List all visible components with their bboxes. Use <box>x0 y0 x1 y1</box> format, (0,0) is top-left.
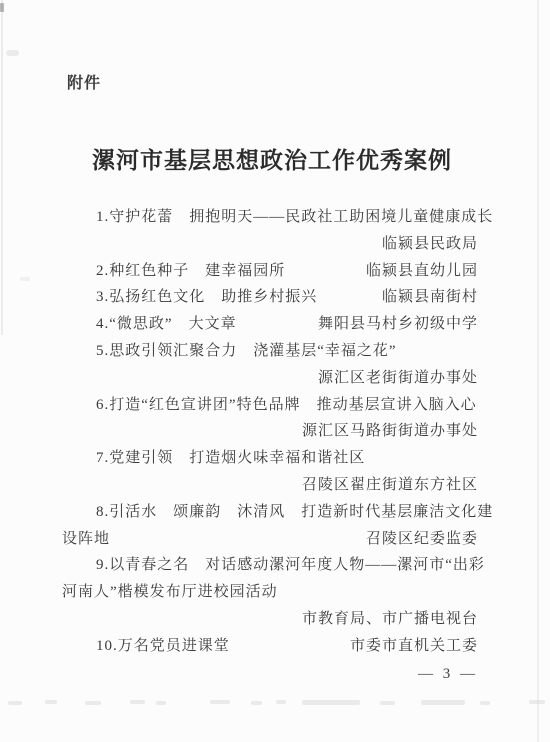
scan-smudge <box>276 700 286 704</box>
case-list: 1.守护花蕾 拥抱明天——民政社工助困境儿童健康成长临颍县民政局2.种红色种子 … <box>62 204 478 660</box>
case-line: 10.万名党员进课堂市委市直机关工委 <box>62 633 478 660</box>
case-organization-text: 市委市直机关工委 <box>350 633 478 660</box>
case-line: 临颍县民政局 <box>62 231 478 258</box>
case-line: 召陵区翟庄街道东方社区 <box>62 472 478 499</box>
scan-smudge <box>156 701 166 705</box>
scan-smudge <box>380 701 395 705</box>
case-line: 3.弘扬红色文化 助推乡村振兴临颍县南街村 <box>62 284 478 311</box>
page-title: 漯河市基层思想政治工作优秀案例 <box>62 142 482 175</box>
case-organization-text: 召陵区纪委监委 <box>366 526 478 553</box>
case-title-text: 4.“微思政” 大文章 <box>62 311 237 338</box>
case-line: 设阵地召陵区纪委监委 <box>62 526 478 553</box>
scan-edge-line <box>537 0 539 742</box>
case-line: 1.守护花蕾 拥抱明天——民政社工助困境儿童健康成长 <box>62 204 478 231</box>
attachment-label: 附件 <box>67 70 101 93</box>
case-line: 源汇区马路街街道办事处 <box>62 418 478 445</box>
case-line: 河南人”楷模发布厅进校园活动 <box>62 579 478 606</box>
scan-smudge <box>302 700 360 705</box>
case-title-text: 6.打造“红色宣讲团”特色品牌 推动基层宣讲入脑入心 <box>62 392 477 419</box>
scan-smudge <box>45 700 57 704</box>
case-organization-text: 临颍县民政局 <box>382 231 478 258</box>
case-line: 5.思政引领汇聚合力 浇灌基层“幸福之花” <box>62 338 478 365</box>
scanned-document-page: 附件 漯河市基层思想政治工作优秀案例 1.守护花蕾 拥抱明天——民政社工助困境儿… <box>0 0 550 742</box>
case-organization-text: 舞阳县马村乡初级中学 <box>318 311 478 338</box>
scan-edge-line <box>1 0 3 335</box>
case-title-text: 5.思政引领汇聚合力 浇灌基层“幸福之花” <box>62 338 397 365</box>
scan-smudge <box>529 700 545 704</box>
case-line: 源汇区老街街道办事处 <box>62 365 478 392</box>
case-title-text: 3.弘扬红色文化 助推乡村振兴 <box>62 284 317 311</box>
case-organization-text: 召陵区翟庄街道东方社区 <box>302 472 478 499</box>
scan-speck <box>0 3 4 12</box>
case-title-text: 8.引活水 颂廉韵 沐清风 打造新时代基层廉洁文化建 <box>62 499 493 526</box>
case-title-text: 9.以青春之名 对话感动漯河年度人物——漯河市“出彩 <box>62 552 485 579</box>
case-title-text: 设阵地 <box>62 526 110 553</box>
case-line: 6.打造“红色宣讲团”特色品牌 推动基层宣讲入脑入心 <box>62 392 478 419</box>
case-organization-text: 临颍县南街村 <box>382 284 478 311</box>
case-title-text: 7.党建引领 打造烟火味幸福和谐社区 <box>62 445 365 472</box>
scan-smudge <box>210 700 230 704</box>
case-line: 4.“微思政” 大文章舞阳县马村乡初级中学 <box>62 311 478 338</box>
case-title-text: 2.种红色种子 建幸福园所 <box>62 258 285 285</box>
page-number: — 3 — <box>418 666 478 683</box>
scan-smudge <box>251 701 262 705</box>
case-line: 9.以青春之名 对话感动漯河年度人物——漯河市“出彩 <box>62 552 478 579</box>
case-organization-text: 临颍县直幼儿园 <box>366 258 478 285</box>
scan-smudge <box>480 701 490 705</box>
scan-smudge <box>130 700 145 704</box>
case-organization-text: 源汇区马路街街道办事处 <box>302 418 478 445</box>
case-line: 8.引活水 颂廉韵 沐清风 打造新时代基层廉洁文化建 <box>62 499 478 526</box>
case-organization-text: 市教育局、市广播电视台 <box>302 606 478 633</box>
case-organization-text: 源汇区老街街道办事处 <box>318 365 478 392</box>
scan-smudge <box>85 701 101 705</box>
case-title-text: 10.万名党员进课堂 <box>62 633 230 660</box>
case-line: 市教育局、市广播电视台 <box>62 606 478 633</box>
scan-smudge <box>8 701 22 705</box>
scan-smudge <box>6 50 19 56</box>
case-line: 2.种红色种子 建幸福园所临颍县直幼儿园 <box>62 258 478 285</box>
case-line: 7.党建引领 打造烟火味幸福和谐社区 <box>62 445 478 472</box>
scan-smudge <box>20 277 30 281</box>
scan-smudge <box>421 700 465 705</box>
case-title-text: 1.守护花蕾 拥抱明天——民政社工助困境儿童健康成长 <box>62 204 493 231</box>
case-title-text: 河南人”楷模发布厅进校园活动 <box>62 579 278 606</box>
